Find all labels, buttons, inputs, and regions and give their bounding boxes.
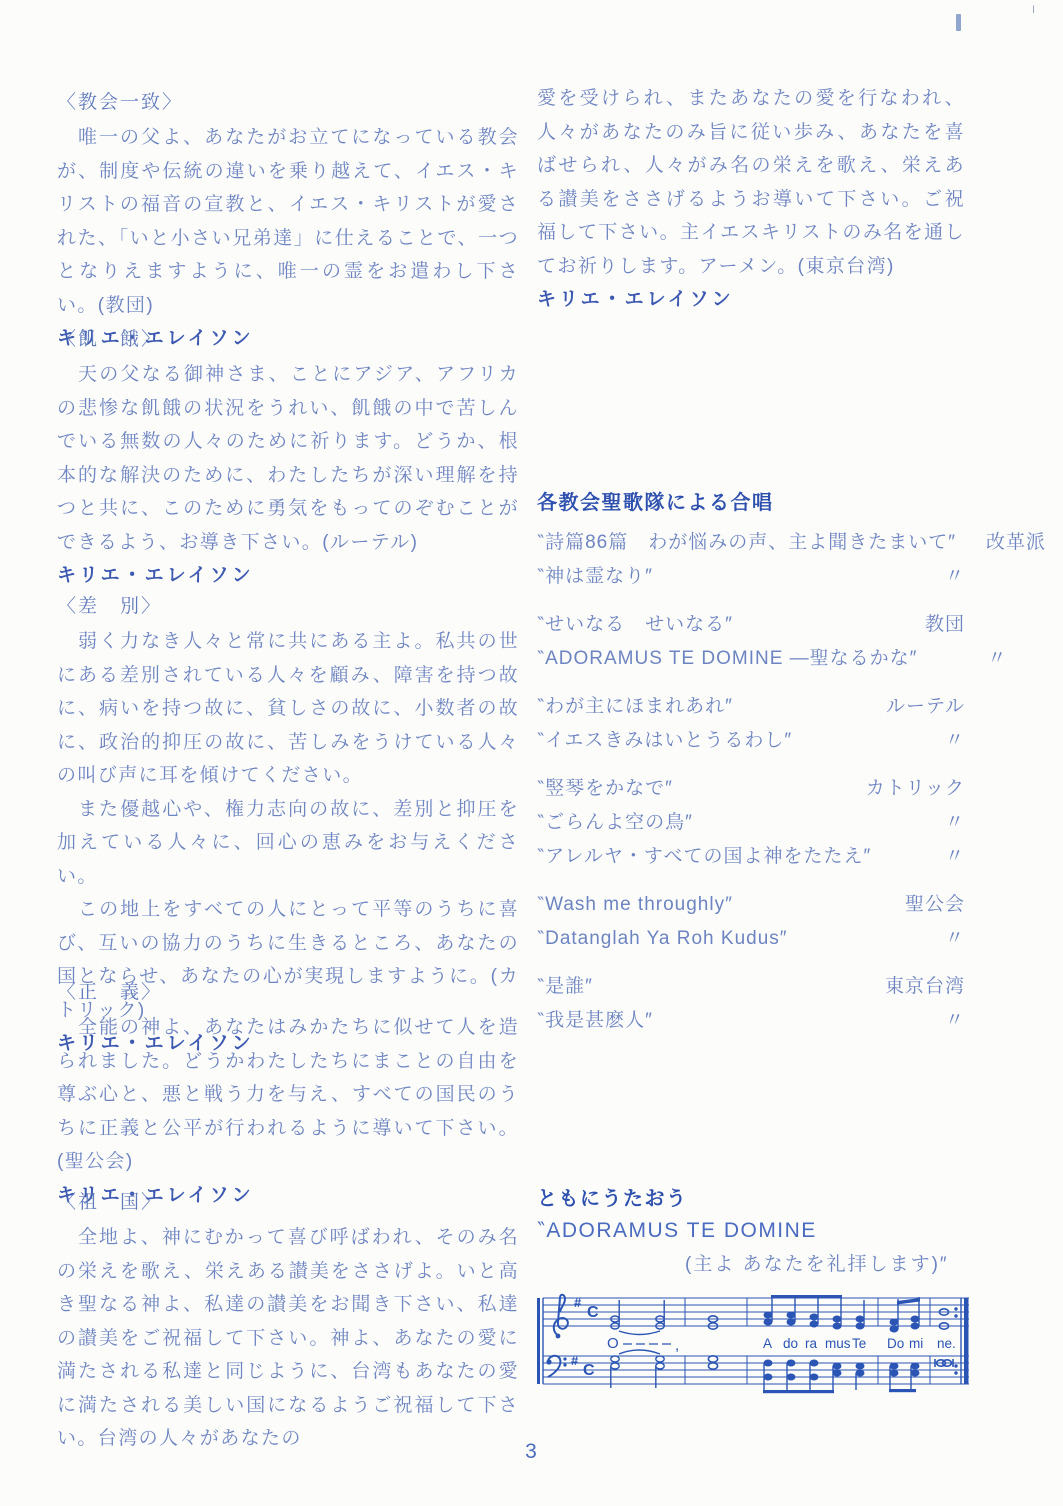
song-row: ‶アレルヤ・すべての国よ神をたたえ″ 〃 — [537, 840, 965, 874]
song-group-anglican: ‶Wash me throughly″ 聖公会 ‶Datanglah Ya Ro… — [537, 888, 965, 956]
section-title: 〈飢 餓〉 — [57, 323, 519, 356]
song-row: ‶詩篇86篇 わが悩みの声、主よ聞きたまいて″ 改革派 — [537, 526, 965, 560]
page-number: 3 — [0, 1440, 1063, 1464]
svg-text:#: # — [574, 1295, 582, 1310]
section-paragraph: 天の父なる御神さま、ことにアジア、アフリカの悲惨な飢餓の状況をうれい、飢餓の中で… — [57, 358, 519, 559]
song-title: ‶Datanglah Ya Roh Kudus″ — [537, 922, 788, 956]
lyric: A — [763, 1336, 772, 1351]
lyric: Do — [887, 1336, 904, 1351]
song-row: ‶竪琴をかなで″ カトリック — [537, 772, 965, 806]
ditto-mark: 〃 — [875, 1004, 965, 1038]
scan-artifact-dash — [956, 14, 961, 31]
song-title: ‶神は霊なり″ — [537, 560, 653, 594]
treble-m4 — [890, 1297, 920, 1332]
church-label: 東京台湾 — [875, 970, 965, 1004]
song-row: ‶せいなる せいなる″ 教団 — [537, 608, 965, 642]
lyric: do — [783, 1336, 798, 1351]
song-title: ‶我是甚麽人″ — [537, 1004, 653, 1038]
section-title: 〈祖 国〉 — [57, 1186, 519, 1219]
song-title: ‶詩篇86篇 わが悩みの声、主よ聞きたまいて″ — [537, 526, 956, 560]
song-title: ‶わが主にほまれあれ″ — [537, 690, 733, 724]
sing-together-heading: ともにうたおう — [537, 1184, 965, 1214]
song-row: ‶神は霊なり″ 〃 — [537, 560, 965, 594]
song-title: ‶ごらんよ空の鳥″ — [537, 806, 693, 840]
section-paragraph: 弱く力なき人々と常に共にある主よ。私共の世にある差別されている人々を顧み、障害を… — [57, 625, 519, 793]
song-group-tokyo-taiwan: ‶是誰″ 東京台湾 ‶我是甚麽人″ 〃 — [537, 970, 965, 1038]
lyric: O — [607, 1335, 619, 1352]
ditto-mark: 〃 — [875, 724, 965, 758]
section-paragraph: 唯一の父よ、あなたがお立てになっている教会が、制度や伝統の違いを乗り越えて、イエ… — [57, 121, 519, 322]
lyric: , — [675, 1337, 679, 1354]
scanned-document-page: I 〈教会一致〉 唯一の父よ、あなたがお立てになっている教会が、制度や伝統の違い… — [0, 0, 1063, 1506]
section-paragraph: 全地よ、神にむかって喜び呼ばわれ、そのみ名の栄えを歌え、栄えある讃美をささげよ。… — [57, 1221, 519, 1456]
song-group-lutheran: ‶わが主にほまれあれ″ ルーテル ‶イエスきみはいとうるわし″ 〃 — [537, 690, 965, 758]
adoramus-title: ‶ADORAMUS TE DOMINE — [537, 1214, 965, 1248]
ditto-mark: 〃 — [875, 922, 965, 956]
song-title: ‶是誰″ — [537, 970, 593, 1004]
section-title: 〈差 別〉 — [57, 590, 519, 623]
song-title: ‶アレルヤ・すべての国よ神をたたえ″ — [537, 840, 871, 874]
song-row: ‶Datanglah Ya Roh Kudus″ 〃 — [537, 922, 965, 956]
song-title: ‶Wash me throughly″ — [537, 888, 733, 922]
church-label: カトリック — [866, 772, 965, 806]
song-row: ‶イエスきみはいとうるわし″ 〃 — [537, 724, 965, 758]
bass-clef-icon — [546, 1356, 566, 1377]
music-score-svg: # C # C — [533, 1290, 973, 1408]
svg-text:C: C — [587, 1304, 599, 1321]
ditto-mark: 〃 — [875, 840, 965, 874]
choir-song-list: 各教会聖歌隊による合唱 ‶詩篇86篇 わが悩みの声、主よ聞きたまいて″ 改革派 … — [537, 488, 965, 1052]
song-group-kyodan: ‶せいなる せいなる″ 教団 ‶ADORAMUS TE DOMINE ―聖なるか… — [537, 608, 965, 676]
section-homeland: 〈祖 国〉 全地よ、神にむかって喜び呼ばわれ、そのみ名の栄えを歌え、栄えある讃美… — [57, 1186, 519, 1456]
song-row: ‶Wash me throughly″ 聖公会 — [537, 888, 965, 922]
song-row: ‶わが主にほまれあれ″ ルーテル — [537, 690, 965, 724]
song-group-reformed: ‶詩篇86篇 わが悩みの声、主よ聞きたまいて″ 改革派 ‶神は霊なり″ 〃 — [537, 526, 965, 594]
song-title: ‶イエスきみはいとうるわし″ — [537, 724, 792, 758]
corner-mark: I — [1032, 4, 1035, 16]
church-label: ルーテル — [875, 690, 965, 724]
final-repeat-barline — [954, 1298, 968, 1384]
section-famine: 〈飢 餓〉 天の父なる御神さま、ことにアジア、アフリカの悲惨な飢餓の状況をうれい… — [57, 323, 519, 593]
song-row: ‶我是甚麽人″ 〃 — [537, 1004, 965, 1038]
church-label: 改革派 — [956, 526, 1046, 560]
lyric: ne. — [937, 1336, 956, 1351]
section-justice: 〈正 義〉 全能の神よ、あなたはみかたちに似せて人を造られました。どうかわたした… — [57, 976, 519, 1212]
section-church-unity: 〈教会一致〉 唯一の父よ、あなたがお立てになっている教会が、制度や伝統の違いを乗… — [57, 86, 519, 356]
song-title: ‶竪琴をかなで″ — [537, 772, 673, 806]
section-title: 〈教会一致〉 — [57, 86, 519, 119]
ditto-mark: 〃 — [875, 560, 965, 594]
lyric: Te — [852, 1336, 866, 1351]
section-paragraph: 全能の神よ、あなたはみかたちに似せて人を造られました。どうかわたしたちにまことの… — [57, 1011, 519, 1179]
svg-text:#: # — [571, 1353, 579, 1368]
svg-text:C: C — [583, 1362, 595, 1379]
section-title: 〈正 義〉 — [57, 976, 519, 1009]
song-row: ‶是誰″ 東京台湾 — [537, 970, 965, 1004]
song-title: ‶ADORAMUS TE DOMINE ―聖なるかな″ — [537, 642, 917, 676]
score-lyrics: O , A do ra mus Te Do mi ne. — [607, 1335, 956, 1354]
continuation-paragraph: 愛を受けられ、またあなたの愛を行なわれ、人々があなたのみ旨に従い歩み、あなたを喜… — [537, 82, 965, 283]
sing-together-block: ともにうたおう ‶ADORAMUS TE DOMINE (主よ あなたを礼拝しま… — [537, 1184, 965, 1282]
lyric: mi — [909, 1336, 923, 1351]
treble-m2 — [708, 1316, 717, 1329]
song-title: ‶せいなる せいなる″ — [537, 608, 733, 642]
treble-clef-icon — [554, 1295, 568, 1339]
lyric: ra — [805, 1336, 817, 1351]
section-paragraph: また優越心や、権力志向の故に、差別と抑圧を加えている人々に、回心の恵みをお与えく… — [57, 793, 519, 894]
choir-heading: 各教会聖歌隊による合唱 — [537, 488, 965, 518]
key-time-signatures: # C # C — [571, 1295, 599, 1379]
song-row: ‶ADORAMUS TE DOMINE ―聖なるかな″ 〃 — [537, 642, 965, 676]
song-row: ‶ごらんよ空の鳥″ 〃 — [537, 806, 965, 840]
section-homeland-continuation: 愛を受けられ、またあなたの愛を行なわれ、人々があなたのみ旨に従い歩み、あなたを喜… — [537, 82, 965, 317]
kyrie-refrain: キリエ・エレイソン — [57, 559, 519, 593]
church-label: 教団 — [875, 608, 965, 642]
church-label: 聖公会 — [875, 888, 965, 922]
music-score: # C # C — [533, 1290, 973, 1413]
system-bracket — [537, 1298, 540, 1384]
lyric: mus — [825, 1336, 851, 1351]
ditto-mark: 〃 — [917, 642, 1007, 676]
adoramus-subtitle: (主よ あなたを礼拝します)″ — [537, 1248, 965, 1282]
bass-m4 — [889, 1363, 919, 1392]
ditto-mark: 〃 — [875, 806, 965, 840]
song-group-catholic: ‶竪琴をかなで″ カトリック ‶ごらんよ空の鳥″ 〃 ‶アレルヤ・すべての国よ神… — [537, 772, 965, 874]
kyrie-refrain: キリエ・エレイソン — [537, 283, 965, 317]
